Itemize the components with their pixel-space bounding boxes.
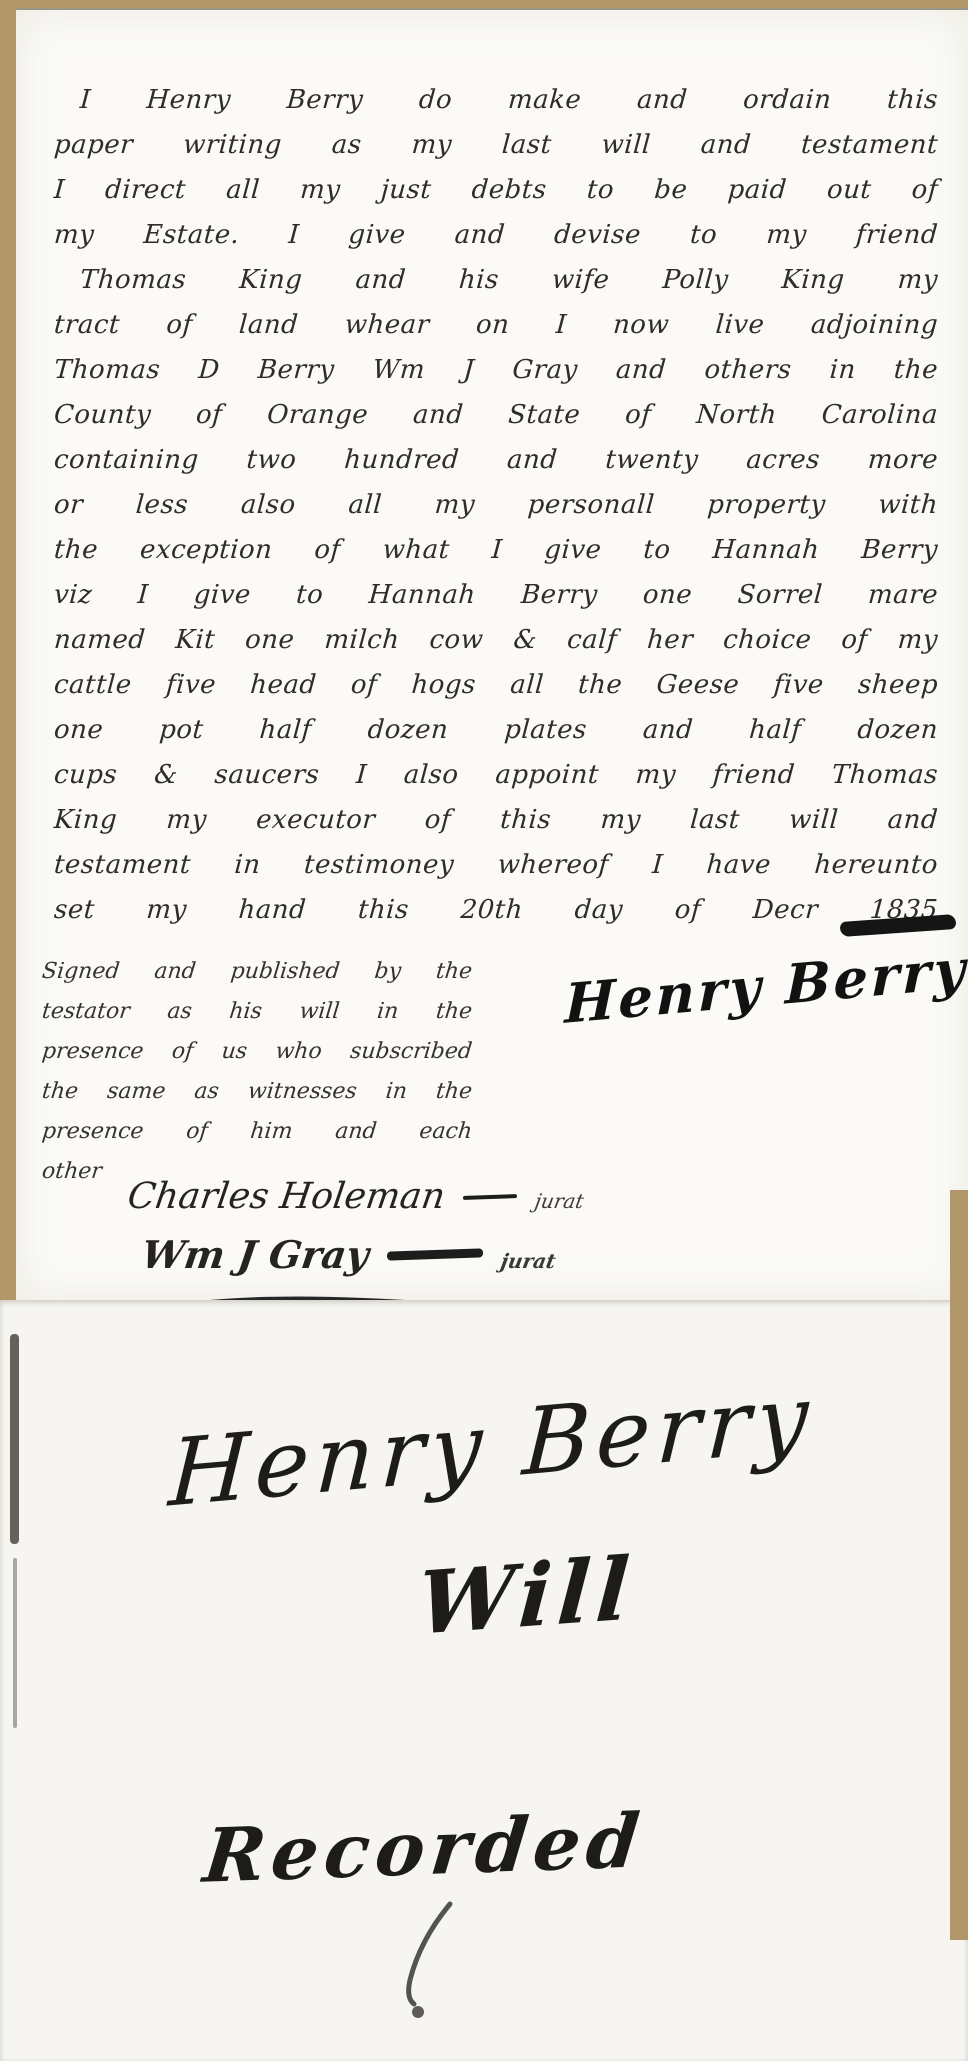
will-text-line: viz I give to Hannah Berry one Sorrel ma… <box>52 573 939 618</box>
witness-name: Wm J Gray <box>139 1232 372 1277</box>
jurat-note: jurat <box>498 1249 557 1273</box>
signature-dash-stroke <box>386 1248 482 1260</box>
will-text-line: County of Orange and State of North Caro… <box>52 393 939 438</box>
will-text-line: the exception of what I give to Hannah B… <box>52 528 939 573</box>
docket-title: Will <box>415 1538 639 1655</box>
will-text-line: King my executor of this my last will an… <box>52 798 939 843</box>
will-text-line: my Estate. I give and devise to my frien… <box>52 213 939 258</box>
will-text-line: Thomas King and his wife Polly King my <box>52 258 939 303</box>
witness-signature-gray: Wm J Gray jurat <box>142 1232 555 1277</box>
attestation-line: presence of him and each <box>40 1112 474 1152</box>
testator-signature: Henry Berry <box>564 936 968 1036</box>
will-text-line: one pot half dozen plates and half dozen <box>52 708 939 753</box>
attestation-line: Signed and published by the <box>40 952 474 992</box>
will-text-line: cups & saucers I also appoint my friend … <box>52 753 939 798</box>
docket-page-scan: Henry Berry Will Recorded <box>0 1300 968 2061</box>
will-text-line: named Kit one milch cow & calf her choic… <box>52 618 939 663</box>
recorded-descender-stroke <box>380 1900 470 2030</box>
will-page-scan: I Henry Berry do make and ordain this pa… <box>16 8 968 1302</box>
will-body-text: I Henry Berry do make and ordain this pa… <box>54 78 938 933</box>
will-text-line: I direct all my just debts to be paid ou… <box>52 168 939 213</box>
witness-name: Charles Holeman <box>125 1176 448 1217</box>
will-text-line: Thomas D Berry Wm J Gray and others in t… <box>52 348 939 393</box>
attestation-line: testator as his will in the <box>40 992 474 1032</box>
scan-edge-artifact <box>13 1558 17 1728</box>
will-text-line: set my hand this 20th day of Decr 1835 <box>52 888 939 933</box>
attestation-clause: Signed and published by the testator as … <box>42 952 472 1192</box>
attestation-line: the same as witnesses in the <box>40 1072 474 1112</box>
will-text-line: paper writing as my last will and testam… <box>52 123 939 168</box>
will-text-line: testament in testimoney whereof I have h… <box>52 843 939 888</box>
will-text-line: containing two hundred and twenty acres … <box>52 438 939 483</box>
jurat-note: jurat <box>533 1189 586 1213</box>
scan-edge-artifact <box>10 1334 19 1544</box>
will-text-line: or less also all my personall property w… <box>52 483 939 528</box>
docket-status: Recorded <box>200 1798 649 1900</box>
background-tan-strip <box>950 1190 968 1940</box>
will-text-line: I Henry Berry do make and ordain this <box>52 78 939 123</box>
scanned-will-document: I Henry Berry do make and ordain this pa… <box>0 0 968 2061</box>
will-text-line: cattle five head of hogs all the Geese f… <box>52 663 939 708</box>
witness-signature-holeman: Charles Holeman jurat <box>128 1176 583 1217</box>
docket-name: Henry Berry <box>166 1363 816 1527</box>
will-text-line: tract of land whear on I now live adjoin… <box>52 303 939 348</box>
attestation-line: presence of us who subscribed <box>40 1032 474 1072</box>
signature-dash-stroke <box>463 1194 517 1200</box>
